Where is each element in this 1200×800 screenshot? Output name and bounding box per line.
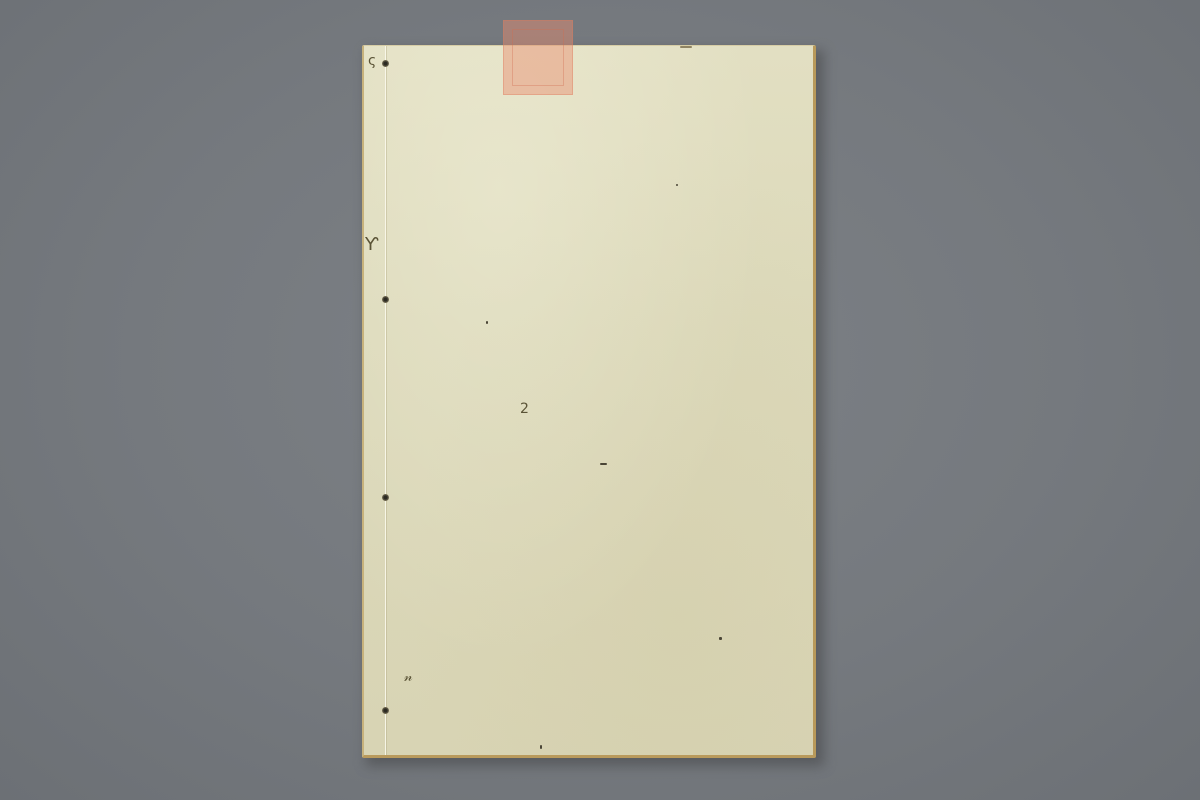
stitch-hole <box>382 707 389 714</box>
paper-speck <box>676 184 678 186</box>
paper-speck <box>486 321 488 324</box>
book-cover: ς Ƴ 2 𝓃 <box>362 45 816 758</box>
paper-fleck: 2 <box>520 402 529 416</box>
paper-speck <box>540 745 542 749</box>
seal-border <box>512 29 564 86</box>
paper-speck <box>600 463 607 465</box>
paper-fleck: ς <box>368 54 376 68</box>
paper-fleck: Ƴ <box>365 236 378 254</box>
stitch-hole <box>382 60 389 67</box>
paper-fleck: 𝓃 <box>404 670 413 684</box>
stitch-hole <box>382 296 389 303</box>
binding-thread <box>385 46 386 755</box>
paper-speck <box>719 637 722 640</box>
paper-speck <box>680 46 692 48</box>
collection-seal <box>503 20 573 95</box>
stitch-hole <box>382 494 389 501</box>
